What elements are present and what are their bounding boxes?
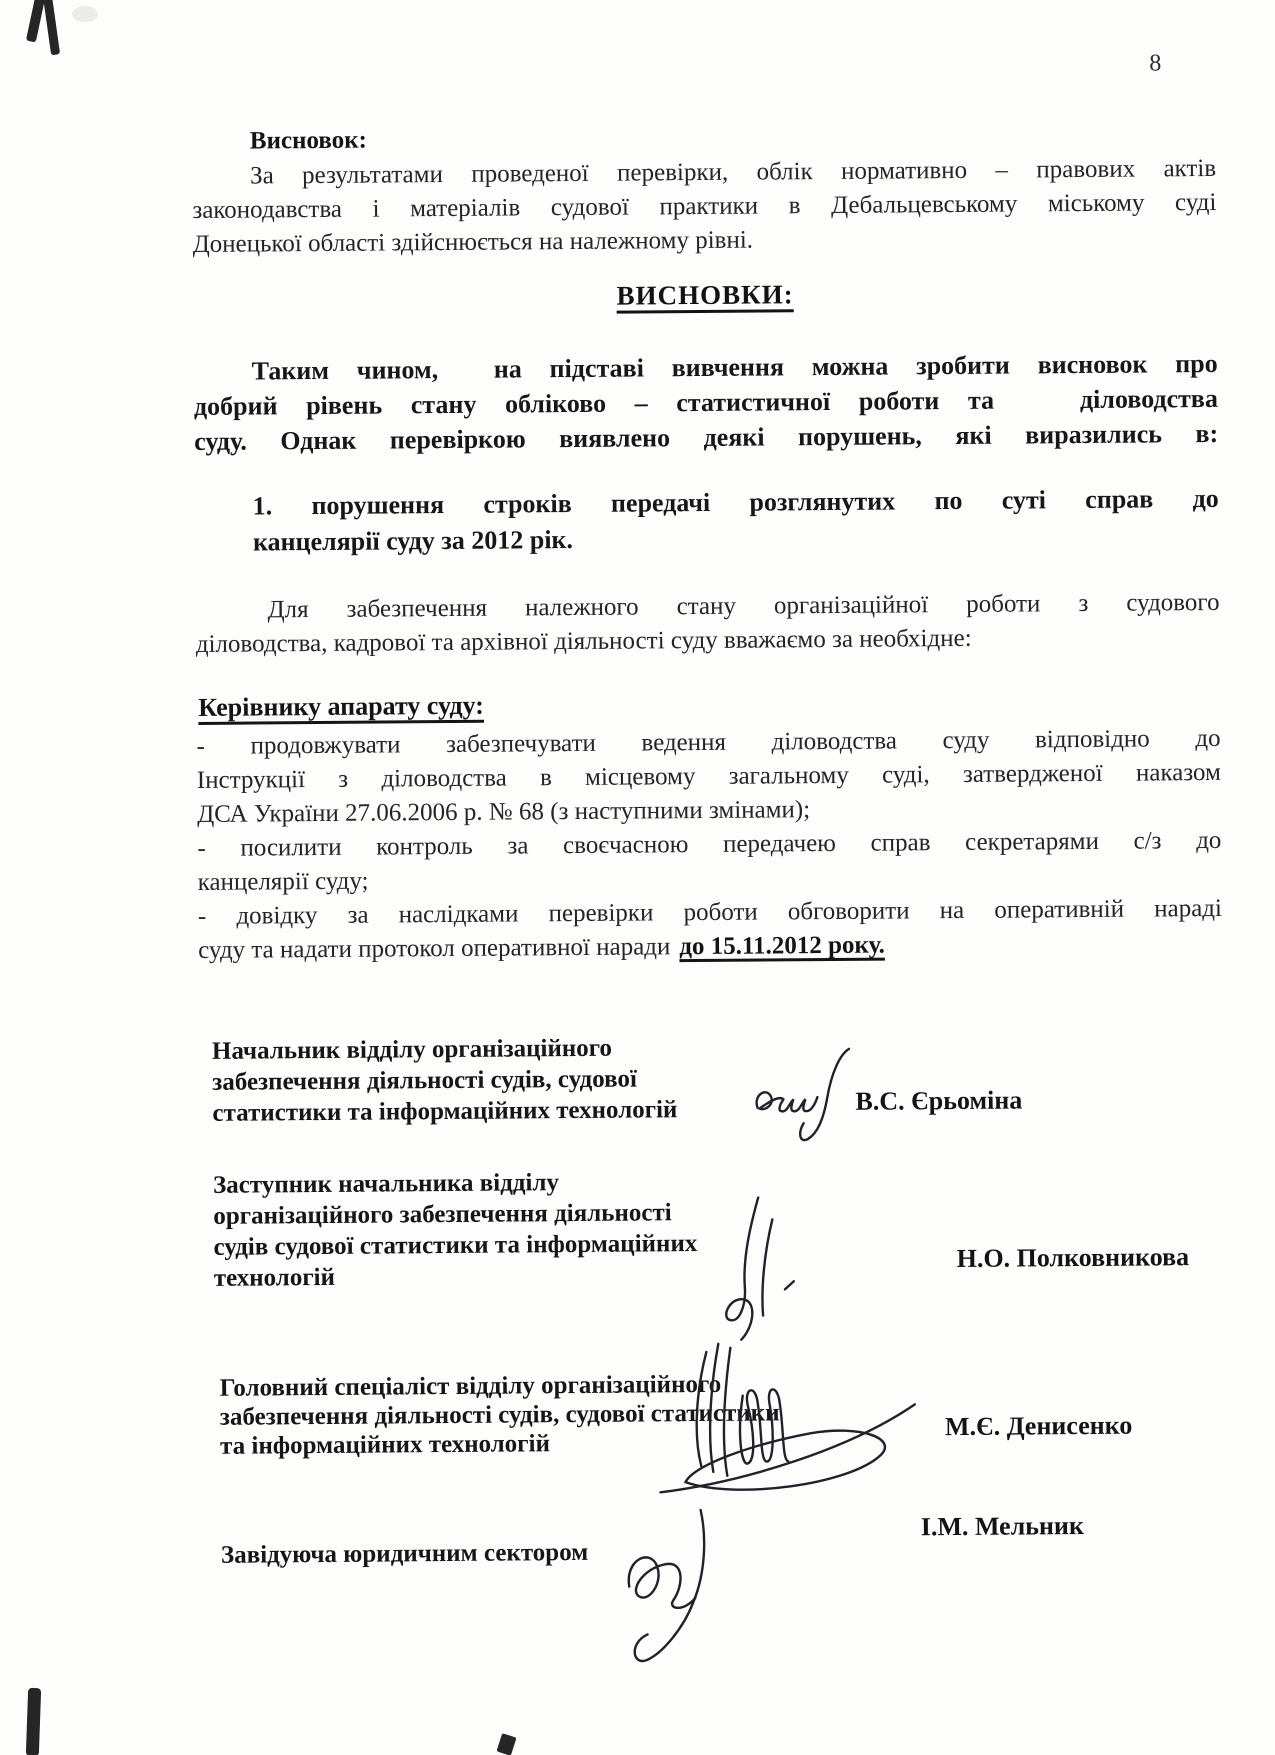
measures-intro-paragraph: Для забезпечення належного стану організ… [195,586,1220,662]
signatory-name: В.С. Єрьоміна [855,1085,1022,1116]
signature-yeromina [749,1045,865,1148]
signatory-name: Н.О. Полковникова [957,1242,1190,1274]
conclusion-label: Висновок: [250,127,367,156]
directive-line-text: суду та надати протокол оперативної нара… [198,933,670,964]
conclusions-heading: ВИСНОВКИ: [193,276,1217,315]
measures-intro-line: діловодства, кадрової та архівної діяльн… [196,620,1220,662]
violation-line: канцелярії суду за 2012 рік. [253,517,1219,561]
chief-of-staff-heading: Керівнику апарату суду: [198,691,484,723]
directives-paragraph: - продовжувати забезпечувати ведення діл… [196,722,1222,968]
signatory-title-line: Начальник відділу організаційного [212,1031,772,1066]
signatory-name: М.Є. Денисенко [945,1411,1133,1442]
document-page: 8 Висновок: За результатами проведеної п… [0,0,1275,1755]
violation-line: 1. порушення строків передачі розглянути… [253,481,1219,525]
signatory-name: І.М. Мельник [921,1511,1084,1542]
violation-item: 1. порушення строків передачі розглянути… [253,481,1220,561]
signature-melnyk [602,1493,785,1669]
deadline-text: до 15.11.2012 року. [679,932,885,961]
signatory-title: Начальник відділу організаційного забезп… [212,1031,773,1128]
scanned-content: 8 Висновок: За результатами проведеної п… [0,0,1275,1755]
conclusion-paragraph: За результатами проведеної перевірки, об… [192,152,1217,262]
signature-denysenko [614,1332,927,1506]
summary-line: суду. Однак перевіркою виявлено деякі по… [194,416,1218,459]
signatory-title-line: статистики та інформаційних технологій [212,1093,772,1128]
summary-paragraph: Таким чином, на підставі вивчення можна … [194,346,1219,459]
signature-polkovnykova [696,1191,802,1350]
signatory-title-line: забезпечення діяльності судів, судової [212,1062,772,1097]
page-number: 8 [1149,50,1161,77]
directive-line: суду та надати протокол оперативної нара… [198,926,1222,968]
conclusion-line: Донецької області здійснюється на належн… [193,220,1217,262]
